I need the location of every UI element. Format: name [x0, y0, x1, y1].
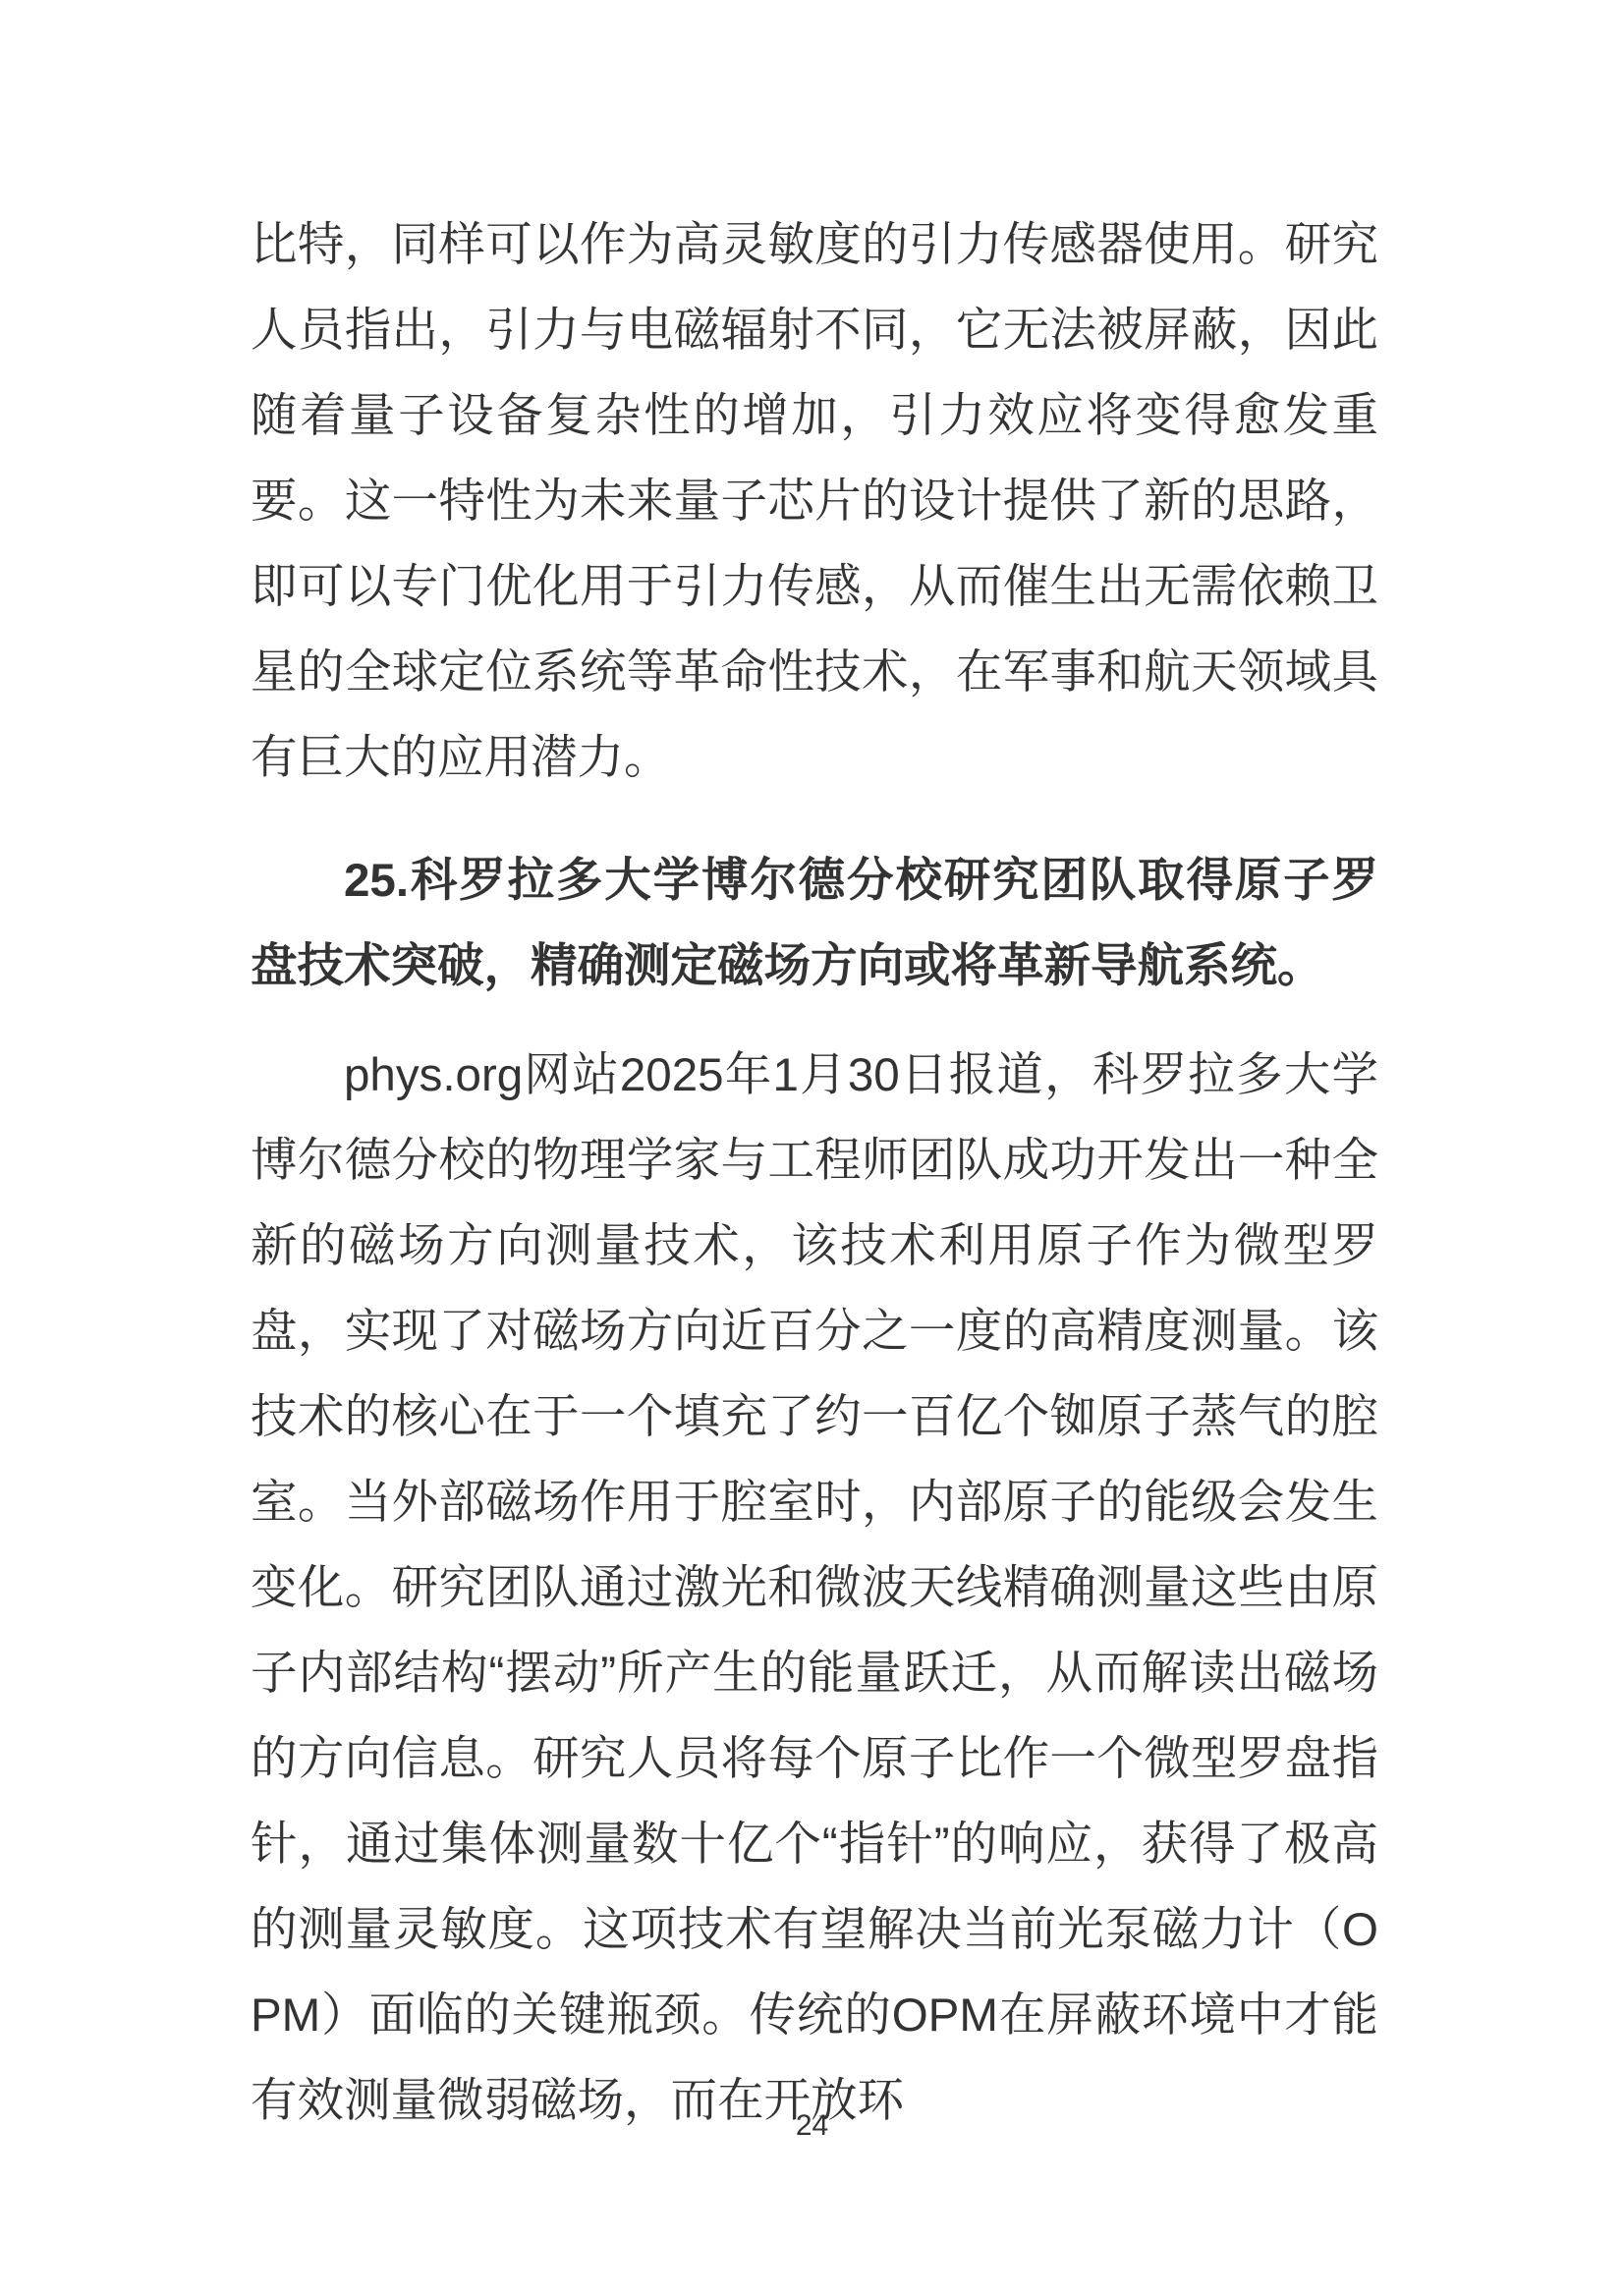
page-number: 24: [0, 2108, 1624, 2144]
section-heading: 25.科罗拉多大学博尔德分校研究团队取得原子罗盘技术突破，精确测定磁场方向或将革…: [251, 838, 1378, 1009]
document-page: 比特，同样可以作为高灵敏度的引力传感器使用。研究人员指出，引力与电磁辐射不同，它…: [0, 0, 1624, 2296]
body-paragraph: phys.org网站2025年1月30日报道，科罗拉多大学博尔德分校的物理学家与…: [251, 1033, 1378, 2144]
body-paragraph-continued: 比特，同样可以作为高灵敏度的引力传感器使用。研究人员指出，引力与电磁辐射不同，它…: [251, 202, 1378, 801]
